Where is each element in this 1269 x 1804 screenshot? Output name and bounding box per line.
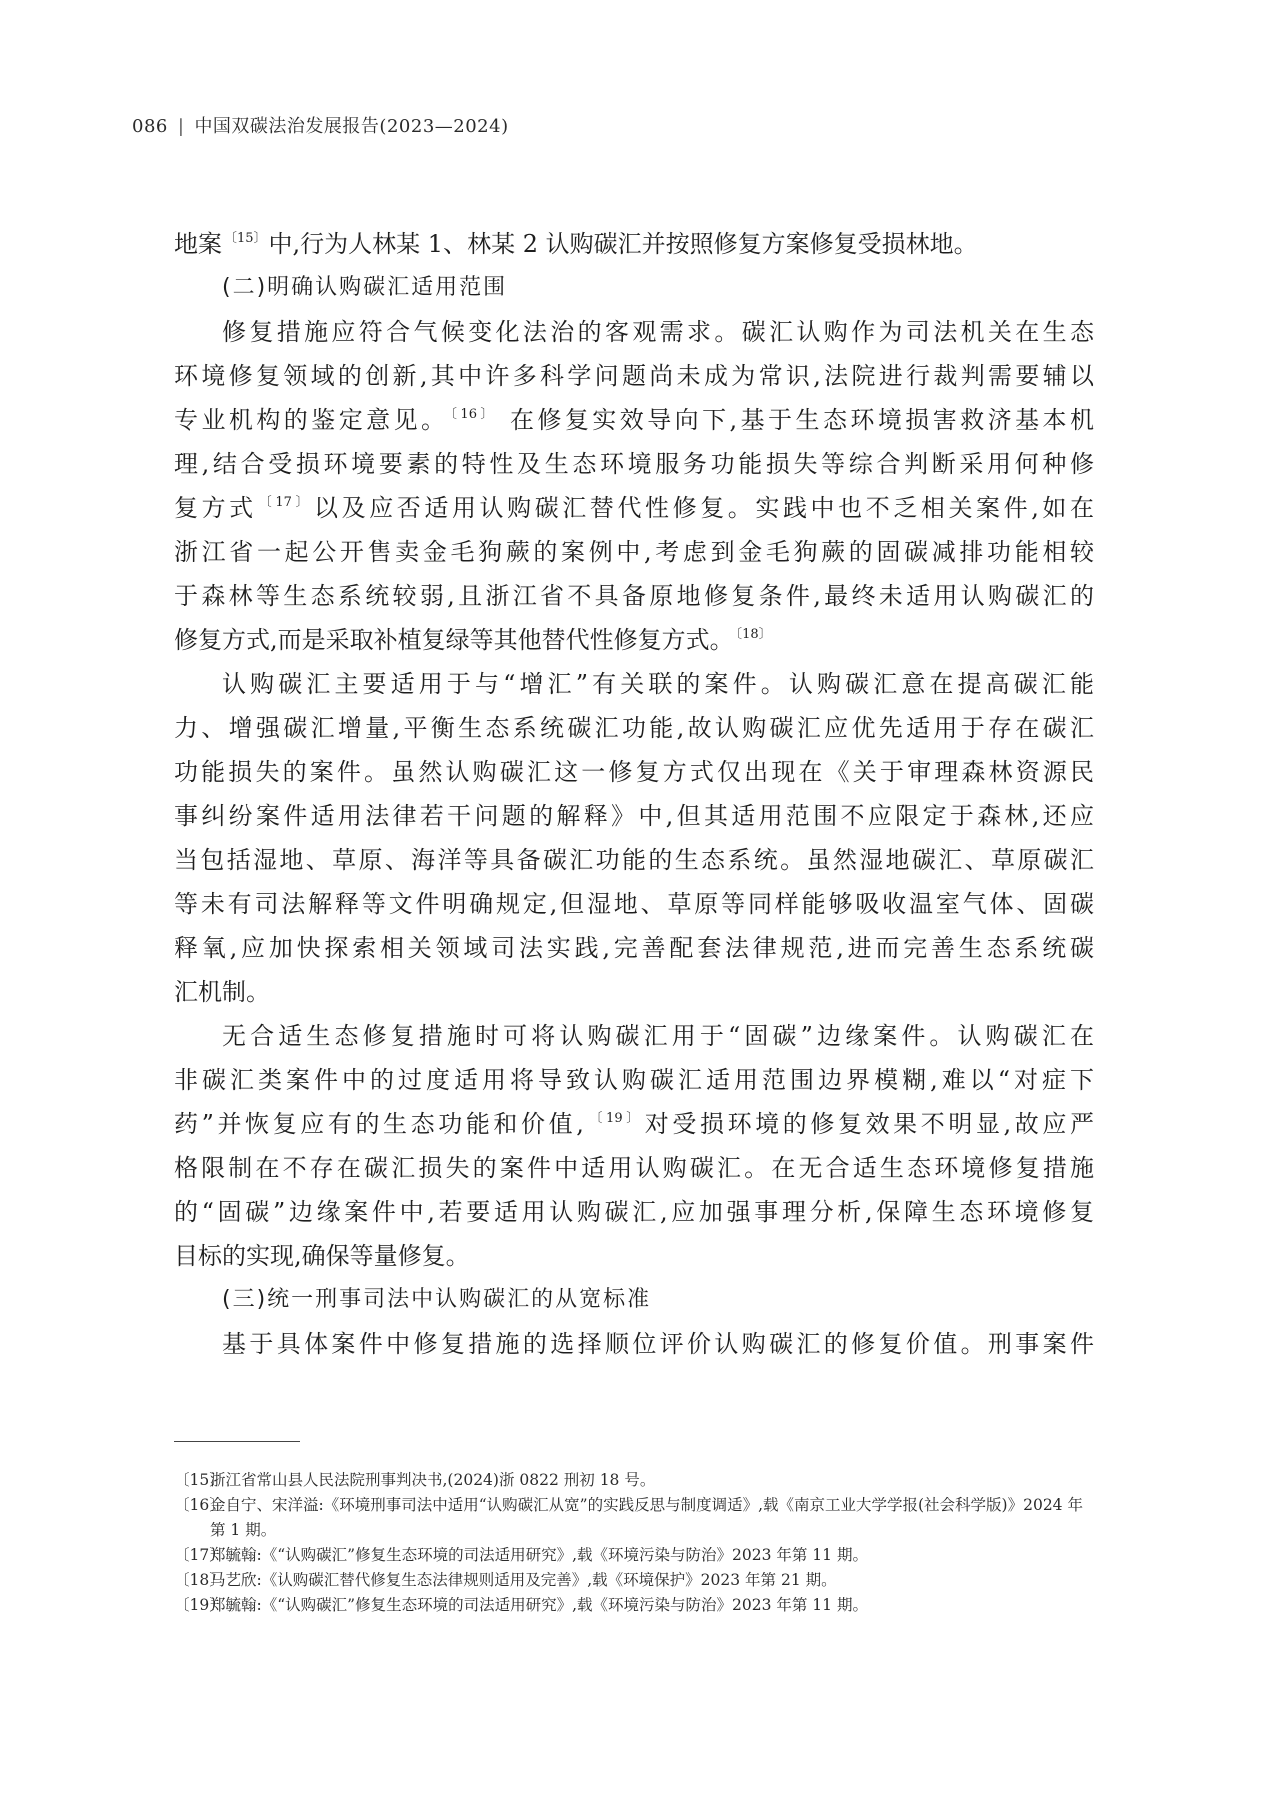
footnote-text: 浙江省常山县人民法院刑事判决书,(2024)浙 0822 刑初 18 号。 — [210, 1468, 1094, 1493]
footnote-text: 马艺欣:《认购碳汇替代修复生态法律规则适用及完善》,载《环境保护》2023 年第… — [210, 1568, 1094, 1593]
page-number: 086 — [132, 116, 168, 137]
footnote-number: 〔19〕 — [174, 1593, 210, 1618]
footnote-17: 〔17〕 郑毓翰:《“认购碳汇”修复生态环境的司法适用研究》,载《环境污染与防治… — [174, 1543, 1094, 1568]
running-header: 086|中国双碳法治发展报告(2023—2024) — [132, 112, 509, 138]
book-title: 中国双碳法治发展报告(2023—2024) — [194, 116, 508, 137]
footnote-number: 〔18〕 — [174, 1568, 210, 1593]
main-body-text: 地案〔15〕中,行为人林某 1、林某 2 认购碳汇并按照修复方案修复受损林地。 … — [174, 222, 1094, 1366]
footnotes: 〔15〕 浙江省常山县人民法院刑事判决书,(2024)浙 0822 刑初 18 … — [174, 1468, 1094, 1618]
footnote-number: 〔16〕 — [174, 1493, 210, 1518]
footnote-15: 〔15〕 浙江省常山县人民法院刑事判决书,(2024)浙 0822 刑初 18 … — [174, 1468, 1094, 1493]
footnote-ref-19[interactable]: 〔19〕 — [586, 1111, 643, 1126]
footnote-19: 〔19〕 郑毓翰:《“认购碳汇”修复生态环境的司法适用研究》,载《环境污染与防治… — [174, 1593, 1094, 1618]
footnote-18: 〔18〕 马艺欣:《认购碳汇替代修复生态法律规则适用及完善》,载《环境保护》20… — [174, 1568, 1094, 1593]
paragraph-continuation-line: 地案〔15〕中,行为人林某 1、林某 2 认购碳汇并按照修复方案修复受损林地。 — [174, 222, 1094, 266]
footnote-16: 〔16〕 金自宁、宋洋溢:《环境刑事司法中适用“认购碳汇从宽”的实践反思与制度调… — [174, 1493, 1094, 1543]
footnote-ref-17[interactable]: 〔17〕 — [259, 495, 312, 510]
footnote-number: 〔17〕 — [174, 1543, 210, 1568]
footnote-text: 郑毓翰:《“认购碳汇”修复生态环境的司法适用研究》,载《环境污染与防治》2023… — [210, 1543, 1094, 1568]
footnote-number: 〔15〕 — [174, 1468, 210, 1493]
footnote-ref-15[interactable]: 〔15〕 — [224, 231, 267, 246]
paragraph-2: 认购碳汇主要适用于与“增汇”有关联的案件。认购碳汇意在提高碳汇能 力、增强碳汇增… — [174, 662, 1094, 1014]
footnote-divider — [174, 1441, 300, 1442]
footnote-text: 郑毓翰:《“认购碳汇”修复生态环境的司法适用研究》,载《环境污染与防治》2023… — [210, 1593, 1094, 1618]
footnote-ref-18[interactable]: 〔18〕 — [736, 627, 772, 642]
paragraph-1: 修复措施应符合气候变化法治的客观需求。碳汇认购作为司法机关在生态 环境修复领域的… — [174, 310, 1094, 662]
footnote-ref-16[interactable]: 〔16〕 — [450, 407, 496, 422]
header-separator: | — [178, 116, 185, 137]
section-heading-2: (二)明确认购碳汇适用范围 — [174, 266, 1094, 310]
paragraph-3: 无合适生态修复措施时可将认购碳汇用于“固碳”边缘案件。认购碳汇在 非碳汇类案件中… — [174, 1014, 1094, 1278]
paragraph-4: 基于具体案件中修复措施的选择顺位评价认购碳汇的修复价值。刑事案件 — [174, 1322, 1094, 1366]
footnote-text: 金自宁、宋洋溢:《环境刑事司法中适用“认购碳汇从宽”的实践反思与制度调适》,载《… — [210, 1493, 1094, 1543]
section-heading-3: (三)统一刑事司法中认购碳汇的从宽标准 — [174, 1278, 1094, 1322]
